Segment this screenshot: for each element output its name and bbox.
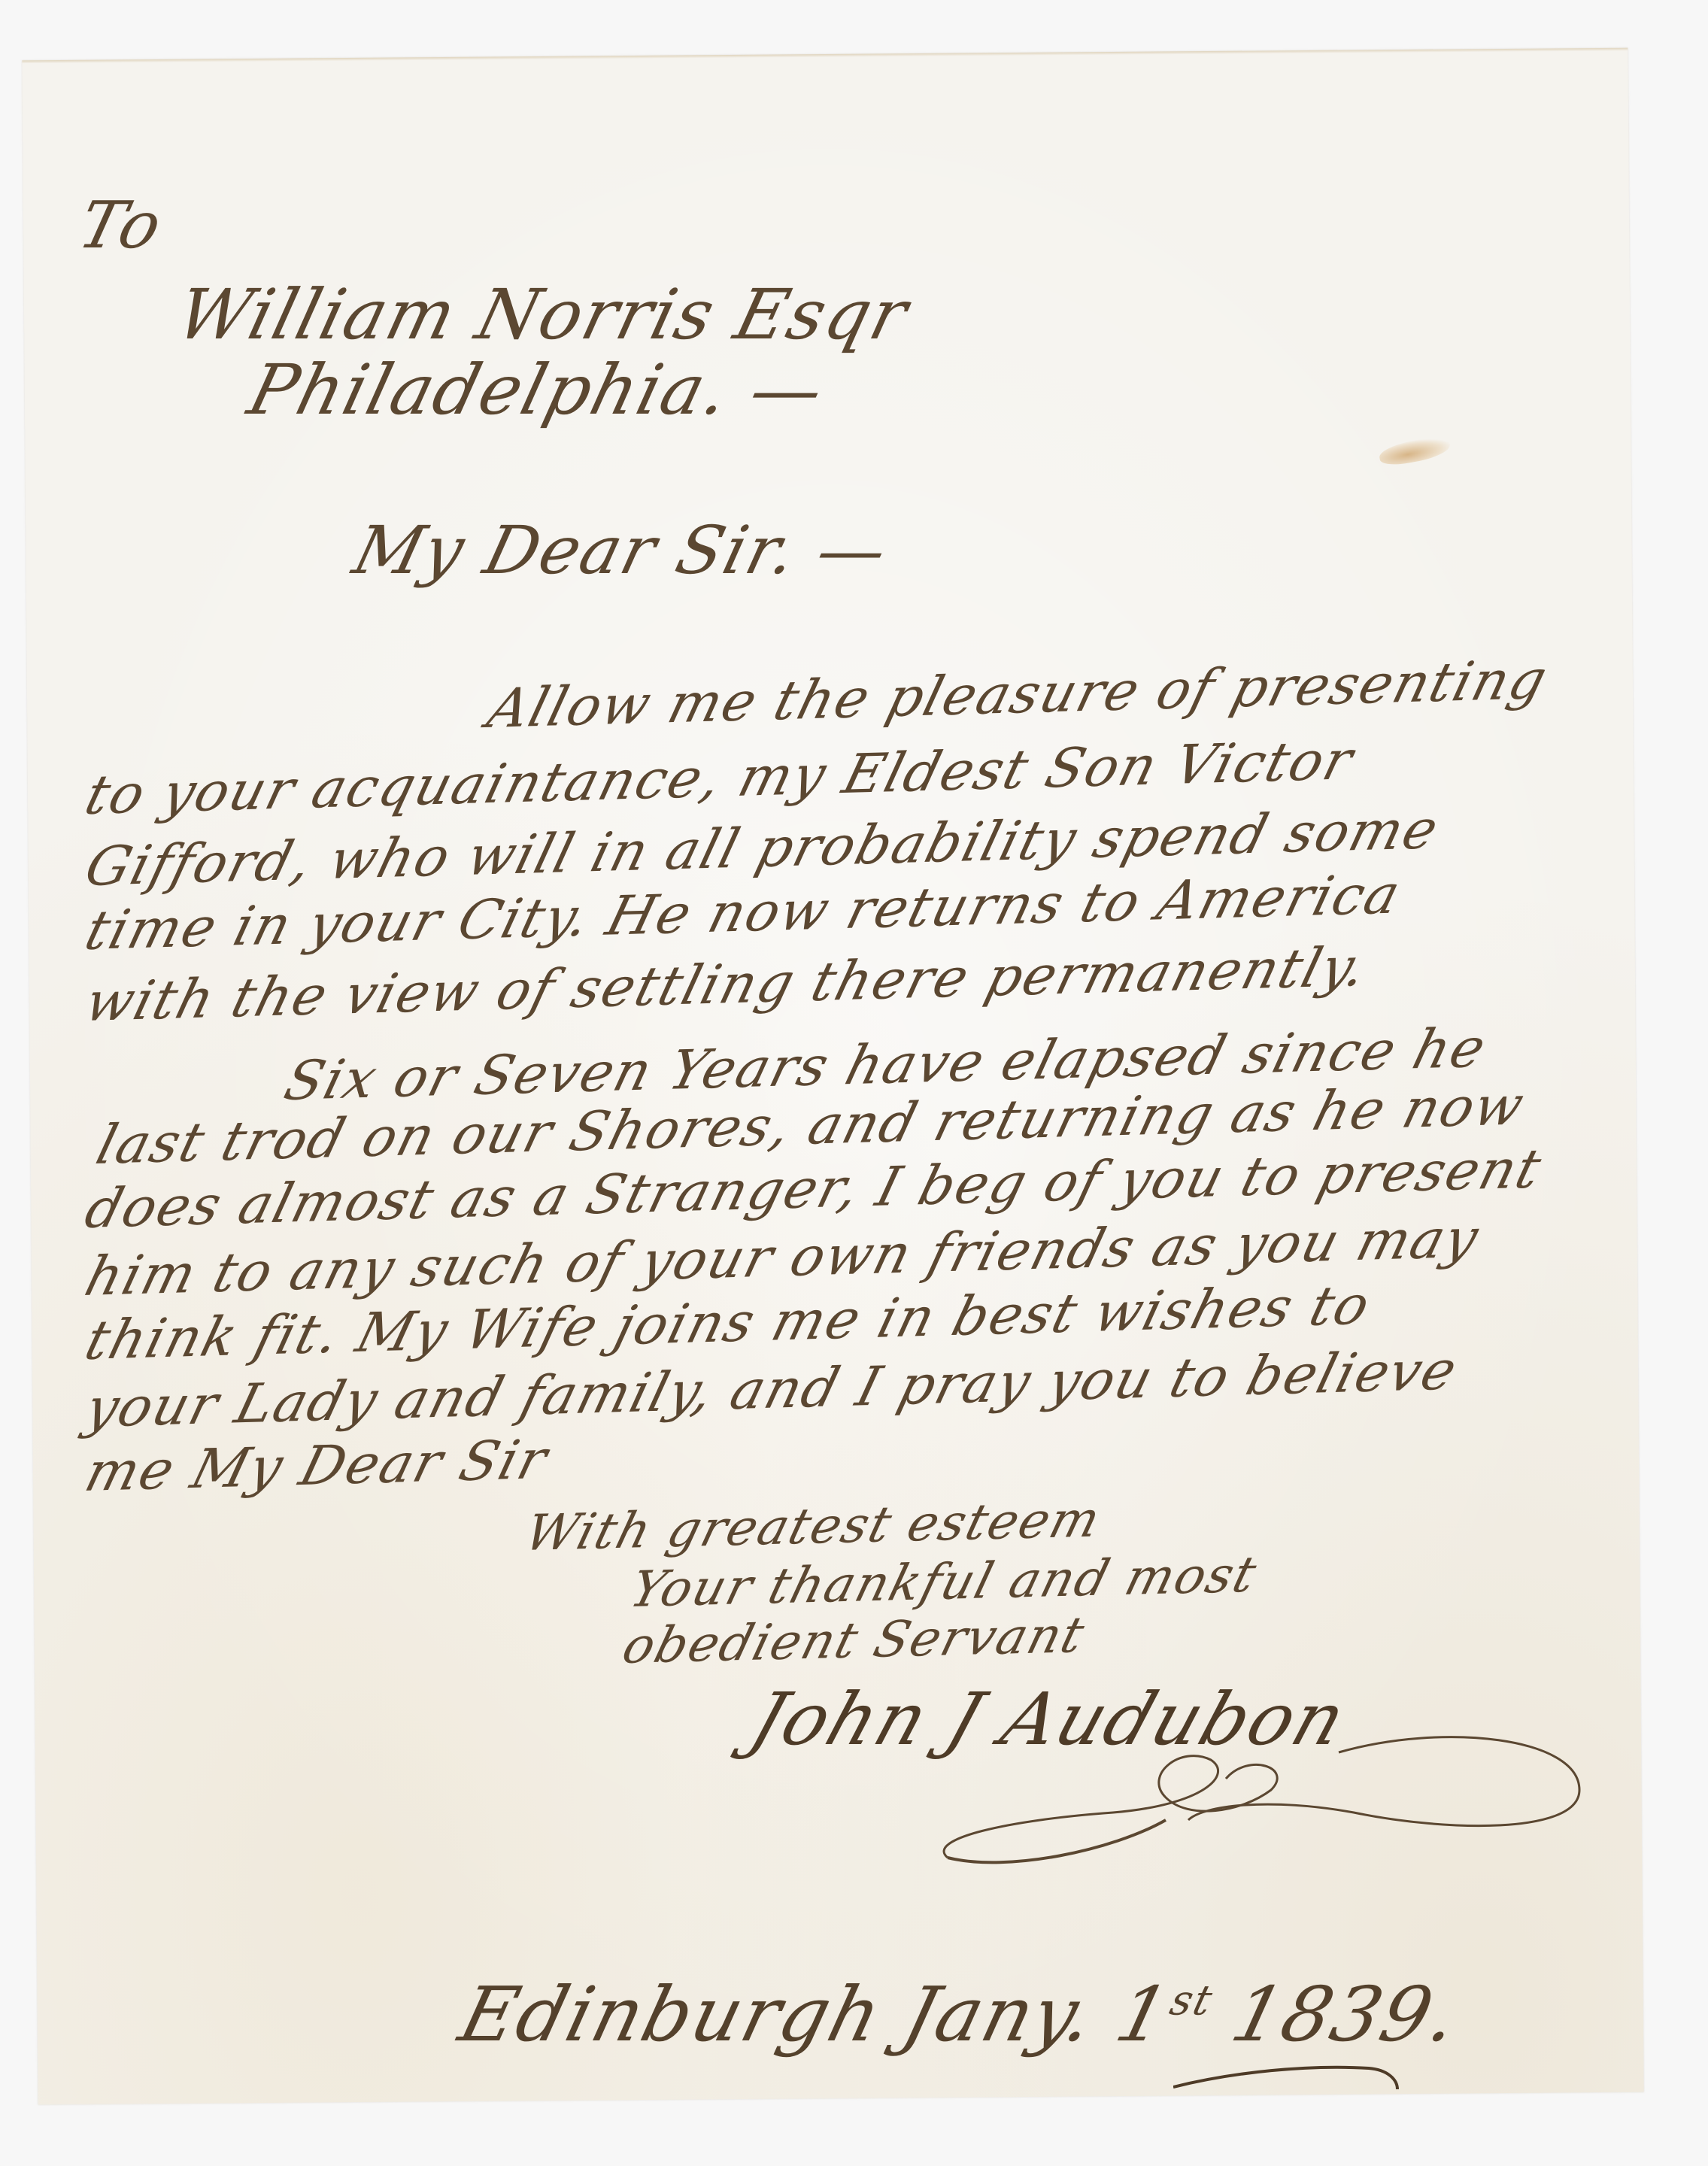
signature-flourish-icon	[918, 1707, 1670, 1873]
closing-line: obedient Servant	[617, 1606, 1091, 1675]
body-line: me My Dear Sir	[79, 1427, 555, 1503]
paper-stain	[1378, 435, 1452, 469]
dateline: Edinburgh Jany. 1st 1839.	[451, 1970, 1468, 2058]
addressee-name: William Norris Esqr	[169, 275, 917, 355]
date-year: 1839.	[1224, 1970, 1468, 2058]
date-place: Edinburgh	[451, 1970, 891, 2058]
date-month: Jany.	[895, 1970, 1104, 2058]
date-underline-icon	[1173, 2061, 1399, 2091]
paper-edge	[22, 48, 1628, 64]
greeting: My Dear Sir. —	[346, 511, 896, 589]
addressee-city: Philadelphia. —	[241, 350, 833, 430]
